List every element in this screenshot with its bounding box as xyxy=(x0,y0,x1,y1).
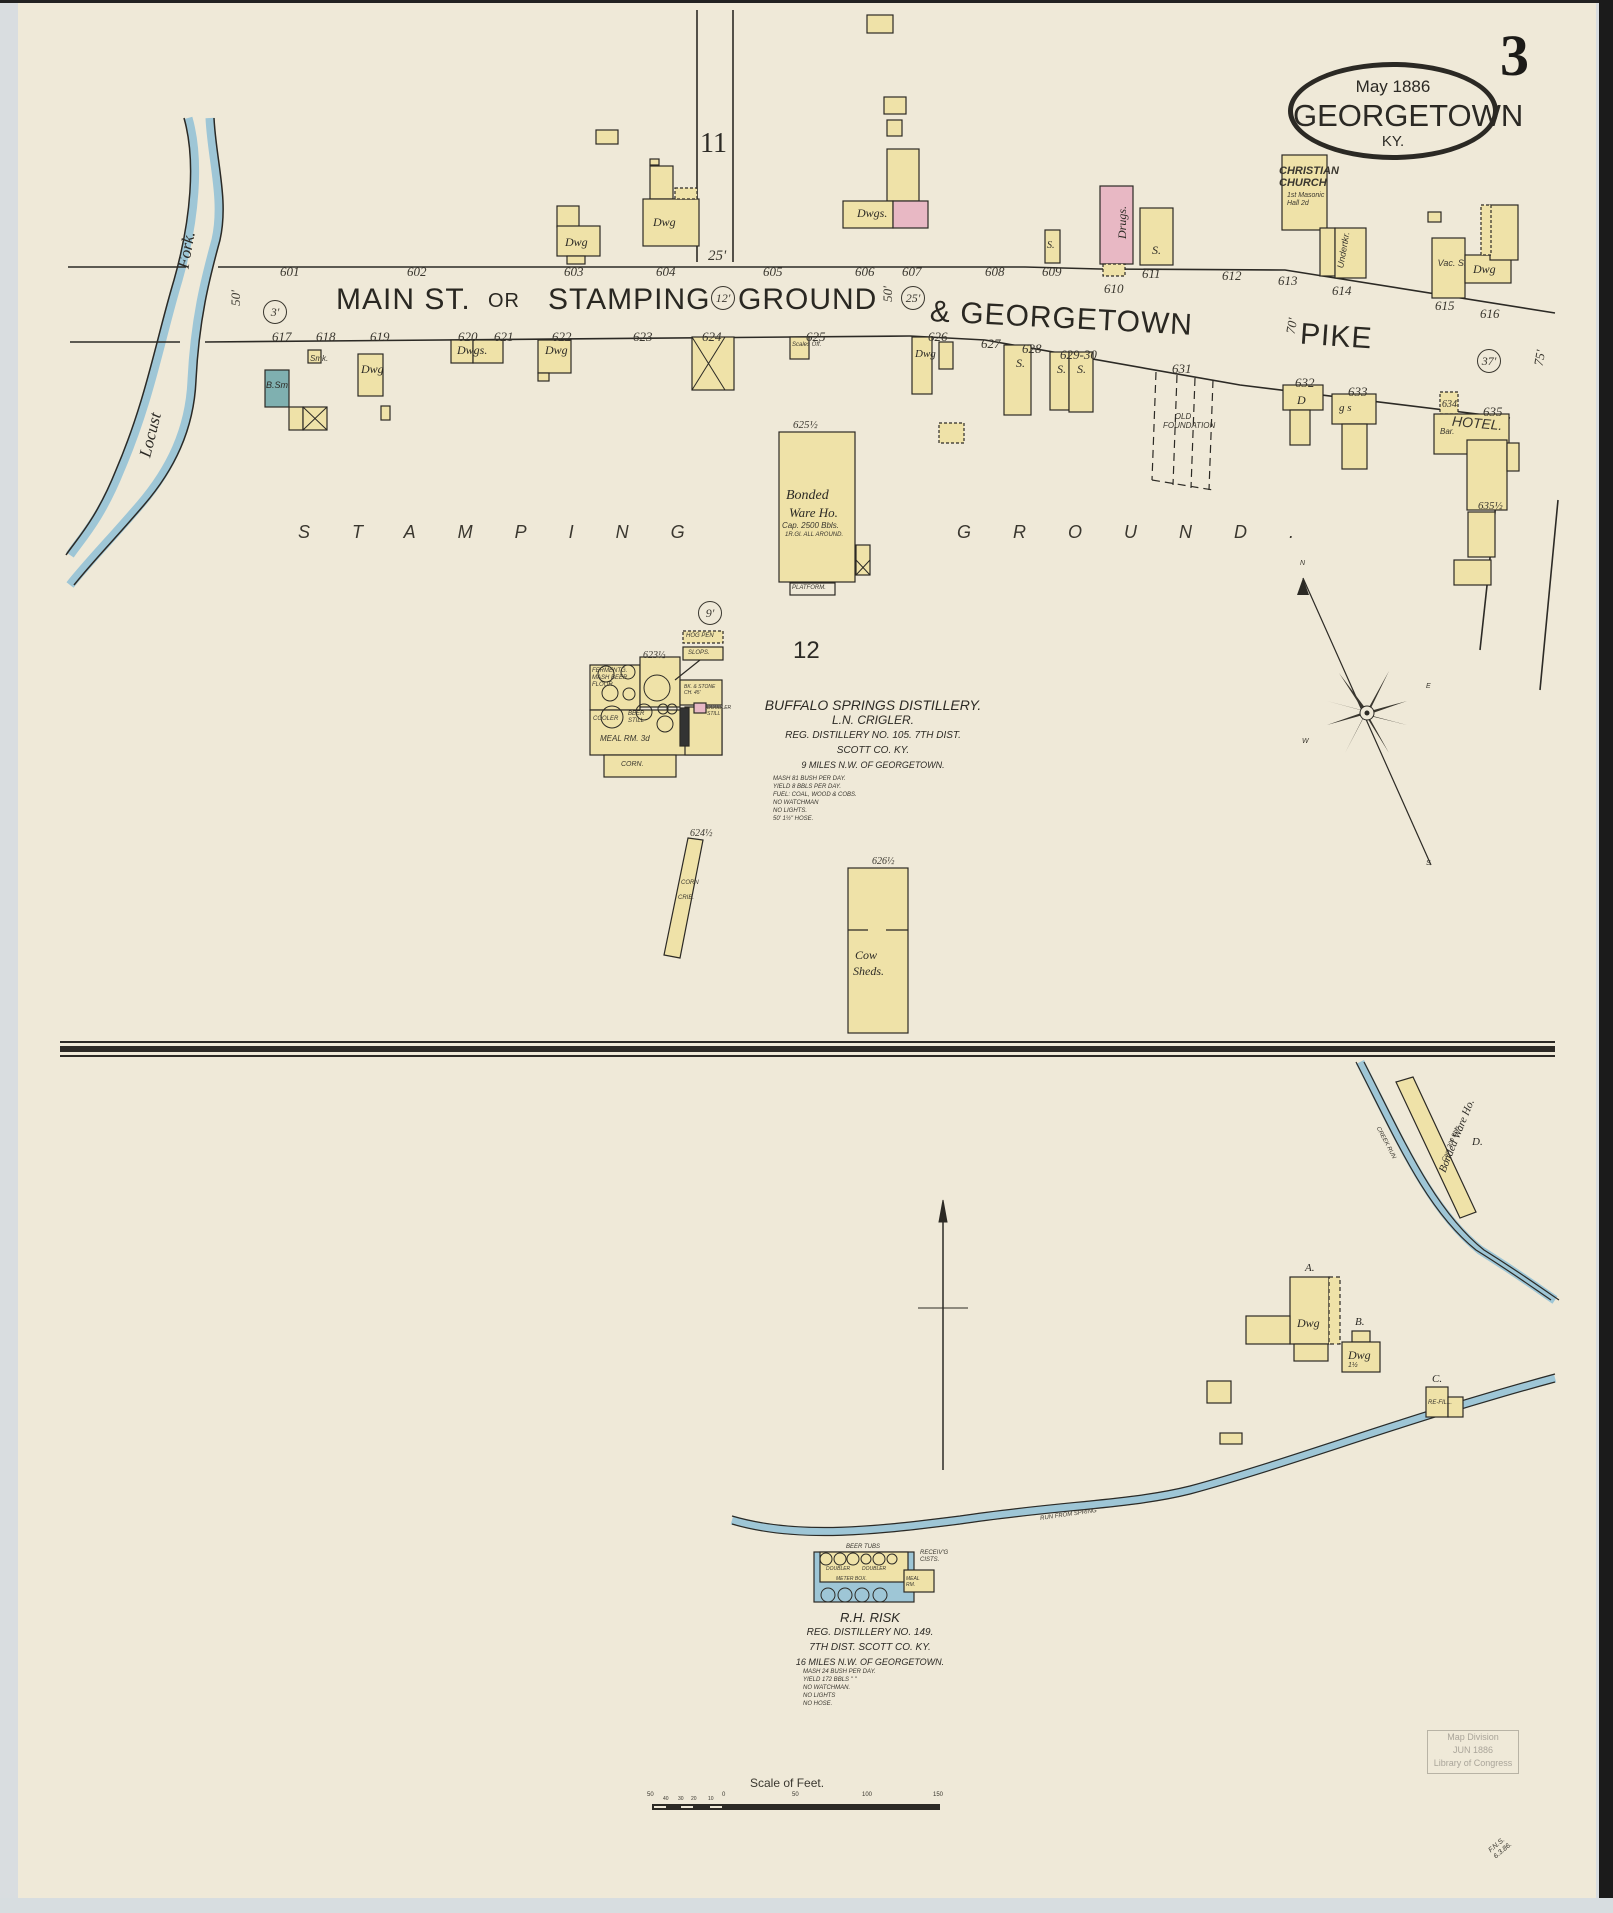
distillery-location: 9 MILES N.W. OF GEORGETOWN. xyxy=(748,758,998,773)
building-label-dwg: Dwg xyxy=(1348,1348,1371,1363)
north-arrow-icon xyxy=(918,1200,968,1470)
dwelling-stories: 1½ xyxy=(1348,1362,1358,1369)
risk-beer-tubs: BEER TUBS xyxy=(846,1544,880,1550)
detail-line: YIELD 8 BBLS PER DAY. xyxy=(773,783,857,791)
area-label-ground: GROUND. xyxy=(957,522,1336,543)
house-number: 624 xyxy=(702,329,722,345)
risk-meal-room: MEAL RM. xyxy=(906,1576,930,1588)
building-label-store: S. xyxy=(1077,362,1086,377)
rh-risk-details: MASH 24 BUSH PER DAY. YIELD 172 BBLS " "… xyxy=(803,1668,876,1708)
alley-width: 25' xyxy=(708,248,726,265)
room-fermenting: FERMENTG. MASH BEER FLOOR xyxy=(592,668,632,689)
detail-line: FUEL: COAL, WOOD & COBS. xyxy=(773,791,857,799)
scale-tick: 20 xyxy=(691,1796,697,1802)
buildings-south xyxy=(265,337,1519,595)
buffalo-springs-details: MASH 81 BUSH PER DAY. YIELD 8 BBLS PER D… xyxy=(773,775,857,823)
building-label-store: S. xyxy=(1047,240,1055,251)
detail-line: NO WATCHMAN. xyxy=(803,1684,876,1692)
house-number: 623 xyxy=(633,329,653,345)
block-number-11: 11 xyxy=(700,128,727,160)
corn-crib-label-1: CORN xyxy=(681,880,699,886)
cow-sheds-number: 626½ xyxy=(872,856,895,867)
water-pipe-distillery: 9' xyxy=(698,601,722,625)
detail-line: NO LIGHTS. xyxy=(773,807,857,815)
house-number: 626 xyxy=(928,329,948,345)
scale-tick: 10 xyxy=(708,1796,714,1802)
building-label-dwg: Dwg xyxy=(545,343,568,358)
room-doubler: DOUBLER STILL xyxy=(707,705,731,717)
detail-line: NO HOSE. xyxy=(803,1700,876,1708)
risk-doubler-2: DOUBLER xyxy=(862,1566,886,1572)
street-name-or: OR xyxy=(488,290,520,313)
house-number: 628 xyxy=(1022,341,1042,357)
house-number: 631 xyxy=(1172,361,1192,377)
building-label-smokehouse: Smk. xyxy=(310,354,328,363)
house-number: 629-30 xyxy=(1060,347,1097,363)
detail-line: 50' 1½" HOSE. xyxy=(773,815,857,823)
building-label-dwelling-d: D xyxy=(1297,393,1306,408)
bonded-warehouse-number: 625½ xyxy=(793,419,818,431)
bonded-warehouse-label-1: Bonded xyxy=(786,488,829,504)
building-label-dwg: Dwg xyxy=(915,348,936,360)
house-number: 612 xyxy=(1222,268,1242,284)
house-number: 610 xyxy=(1104,281,1124,297)
cow-sheds-label-2: Sheds. xyxy=(853,964,884,979)
scale-tick: 30 xyxy=(678,1796,684,1802)
compass-n: N xyxy=(1300,560,1305,567)
corn-crib-number: 624½ xyxy=(690,828,713,839)
street-name-main: MAIN ST. xyxy=(336,283,471,317)
scale-tick: 40 xyxy=(663,1796,669,1802)
slops-label: SLOPS. xyxy=(688,650,710,656)
water-pipe-east: 37' xyxy=(1477,349,1501,373)
compass-w: W xyxy=(1302,738,1309,745)
distillery-owner: L.N. CRIGLER. xyxy=(748,713,998,728)
house-number: 619 xyxy=(370,329,390,345)
house-number: 633 xyxy=(1348,384,1368,400)
house-number: 621 xyxy=(494,329,514,345)
rh-risk-title: R.H. RISK REG. DISTILLERY NO. 149. 7TH D… xyxy=(780,1610,960,1670)
distillery-name: BUFFALO SPRINGS DISTILLERY. xyxy=(748,698,998,713)
risk-doubler-1: DOUBLER xyxy=(826,1566,850,1572)
room-cooler: COOLER xyxy=(593,716,618,722)
street-width-east1: 70' xyxy=(1283,317,1301,335)
room-brick-stone: BK. & STONE CH. 45' xyxy=(684,684,722,696)
section-divider xyxy=(60,1041,1555,1057)
corn-crib-and-cow-sheds xyxy=(664,838,908,1033)
risk-reg: REG. DISTILLERY NO. 149. xyxy=(780,1625,960,1640)
street-width-west: 50' xyxy=(228,290,244,306)
bonded-warehouse-note: 1R.Gl. ALL AROUND. xyxy=(785,532,843,538)
locust-fork-creek xyxy=(66,118,225,585)
building-label-dwg: Dwg xyxy=(565,235,588,250)
refill-label: RE-FILL. xyxy=(1428,1400,1452,1406)
stamp-line: JUN 1886 xyxy=(1428,1744,1518,1757)
title-cartouche: May 1886 GEORGETOWN KY. xyxy=(1288,62,1498,160)
buffalo-springs-title: BUFFALO SPRINGS DISTILLERY. L.N. CRIGLER… xyxy=(748,698,998,773)
map-date: May 1886 xyxy=(1293,77,1493,97)
label-b: B. xyxy=(1355,1316,1364,1328)
label-c: C. xyxy=(1432,1373,1442,1385)
building-label-bar: Bar. xyxy=(1440,427,1454,436)
block-number-12: 12 xyxy=(793,637,820,665)
house-number: 613 xyxy=(1278,273,1298,289)
water-pipe-mid2: 25' xyxy=(901,286,925,310)
house-number: 615 xyxy=(1435,298,1455,314)
water-pipe-west: 3' xyxy=(263,300,287,324)
building-label-dwgs: Dwgs. xyxy=(857,206,887,221)
scale-tick: 150 xyxy=(933,1792,943,1798)
house-number: 606 xyxy=(855,264,875,280)
risk-name: R.H. RISK xyxy=(780,1610,960,1625)
corn-crib-label-2: CRIB. xyxy=(678,895,694,901)
building-label-dwg: Dwg xyxy=(653,215,676,230)
room-meal: MEAL RM. 3d xyxy=(600,734,650,743)
area-label-stamping: STAMPING xyxy=(298,522,727,543)
street-name-pike: PIKE xyxy=(1299,318,1374,357)
street-name-ground: GROUND xyxy=(738,283,877,317)
compass-s: S xyxy=(1426,860,1431,867)
sheet-number: 3 xyxy=(1500,22,1529,89)
risk-meter-box: METER BOX. xyxy=(836,1576,867,1582)
house-number: 632 xyxy=(1295,375,1315,391)
house-number: 635½ xyxy=(1478,500,1503,512)
bonded-warehouse-capacity: Cap. 2500 Bbls. xyxy=(782,521,839,530)
scale-tick: 50 xyxy=(792,1792,799,1798)
street-width-east2: 75' xyxy=(1531,349,1549,367)
cow-sheds-label-1: Cow xyxy=(855,948,877,963)
house-number: 604 xyxy=(656,264,676,280)
label-d: D. xyxy=(1472,1136,1483,1148)
distillery-reg: REG. DISTILLERY NO. 105. 7TH DIST. xyxy=(748,728,998,743)
house-number: 608 xyxy=(985,264,1005,280)
house-number: 603 xyxy=(564,264,584,280)
house-number: 627 xyxy=(981,336,1001,352)
platform-label: PLATFORM. xyxy=(792,585,826,591)
street-name-stamping: STAMPING xyxy=(548,283,710,317)
building-label-scales-office: Scales Off. xyxy=(792,342,821,348)
detail-line: NO LIGHTS xyxy=(803,1692,876,1700)
building-label-masonic-hall: 1st Masonic Hall 2d xyxy=(1287,192,1325,208)
street-width-mid: 50' xyxy=(880,286,896,302)
building-label-store: S. xyxy=(1057,362,1066,377)
scale-tick: 0 xyxy=(722,1792,725,1798)
stamp-line: Map Division xyxy=(1428,1731,1518,1744)
building-label-store: S. xyxy=(1016,356,1025,371)
scale-tick: 100 xyxy=(862,1792,872,1798)
water-pipe-mid1: 12' xyxy=(711,286,735,310)
risk-district: 7TH DIST. SCOTT CO. KY. xyxy=(780,1640,960,1655)
building-label-blacksmith: B.Sm. xyxy=(266,380,291,390)
building-label-gs: g s xyxy=(1339,402,1352,414)
building-label-dwg: Dwg xyxy=(361,362,384,377)
label-a: A. xyxy=(1305,1262,1314,1274)
house-number: 611 xyxy=(1142,266,1161,282)
risk-receiving-cisterns: RECEIV'G CISTS. xyxy=(920,1550,950,1564)
house-number: 601 xyxy=(280,264,300,280)
building-label-dwg: Dwg xyxy=(1297,1316,1320,1331)
bonded-warehouse-label-2: Ware Ho. xyxy=(789,505,838,521)
detail-line: MASH 81 BUSH PER DAY. xyxy=(773,775,857,783)
building-label-drugs: Drugs. xyxy=(1115,206,1130,239)
distillery-county: SCOTT CO. KY. xyxy=(748,743,998,758)
old-foundation-outline xyxy=(1152,372,1213,490)
distillery-number: 623½ xyxy=(643,650,666,661)
house-number: 607 xyxy=(902,264,922,280)
library-stamp: Map Division JUN 1886 Library of Congres… xyxy=(1427,1730,1519,1774)
building-label-christian-church: CHRISTIAN CHURCH xyxy=(1279,165,1339,189)
compass-e: E xyxy=(1426,683,1431,690)
map-city: GEORGETOWN xyxy=(1293,98,1493,134)
detail-line: YIELD 172 BBLS " " xyxy=(803,1676,876,1684)
room-beer-still: BEER STILL xyxy=(628,711,650,725)
building-label-vacant-store: Vac. S. xyxy=(1437,258,1467,268)
house-number: 614 xyxy=(1332,283,1352,299)
detail-line: MASH 24 BUSH PER DAY. xyxy=(803,1668,876,1676)
scale-tick: 50 xyxy=(647,1792,654,1798)
house-number: 618 xyxy=(316,329,336,345)
hog-pen-label: HOG PEN xyxy=(686,633,714,639)
house-number: 605 xyxy=(763,264,783,280)
room-corn: CORN. xyxy=(621,761,644,768)
stamp-line: Library of Congress xyxy=(1428,1757,1518,1770)
map-state: KY. xyxy=(1293,133,1493,150)
house-number: 617 xyxy=(272,329,292,345)
building-label-old-foundation: OLD FOUNDATION xyxy=(1163,412,1203,430)
scale-title: Scale of Feet. xyxy=(750,1776,824,1790)
house-number: 602 xyxy=(407,264,427,280)
building-label-dwgs: Dwgs. xyxy=(457,343,487,358)
house-number: 609 xyxy=(1042,264,1062,280)
lower-buildings xyxy=(1207,1077,1476,1444)
scale-bar xyxy=(652,1804,940,1810)
building-label-dwg: Dwg xyxy=(1473,262,1496,277)
compass-rose-icon xyxy=(1297,578,1431,865)
detail-line: NO WATCHMAN xyxy=(773,799,857,807)
building-label-store: S. xyxy=(1152,243,1161,258)
house-number: 634 xyxy=(1442,399,1457,410)
house-number: 616 xyxy=(1480,306,1500,322)
